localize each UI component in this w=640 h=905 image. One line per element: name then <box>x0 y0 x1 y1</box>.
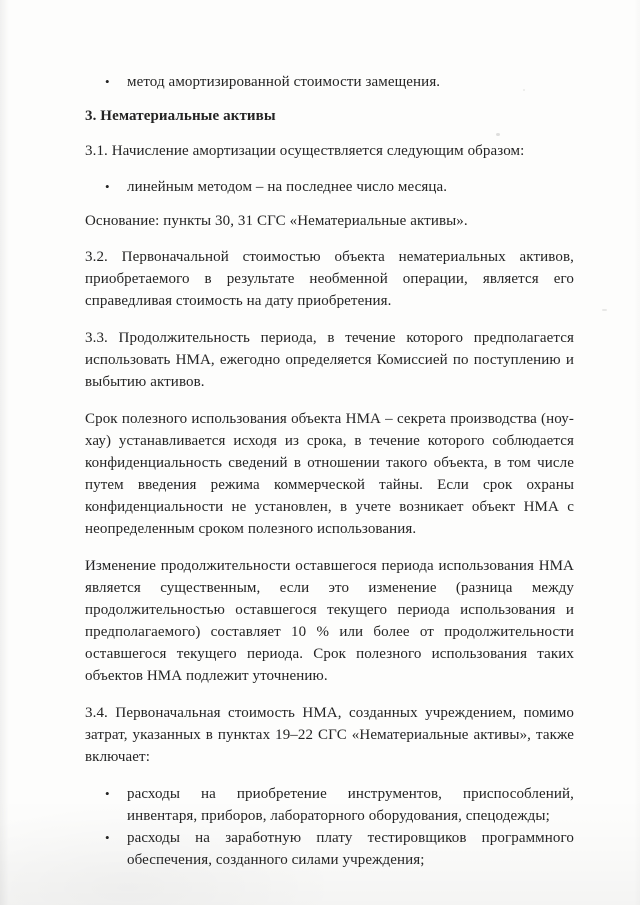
paragraph-3-4: 3.4. Первоначальная стоимость НМА, созда… <box>85 702 574 768</box>
document-content: • метод амортизированной стоимости замещ… <box>85 71 574 871</box>
bullet-icon: • <box>105 783 127 827</box>
scan-artifact <box>523 89 525 91</box>
bullet-icon: • <box>105 176 127 198</box>
list-item: • расходы на заработную плату тестировщи… <box>85 827 574 871</box>
list-item: • метод амортизированной стоимости замещ… <box>85 71 574 93</box>
list-item: • расходы на приобретение инструментов, … <box>85 783 574 827</box>
paragraph-3-1: 3.1. Начисление амортизации осуществляет… <box>85 140 574 162</box>
paragraph-3-2: 3.2. Первоначальной стоимостью объекта н… <box>85 246 574 312</box>
paragraph-3-3: 3.3. Продолжительность периода, в течени… <box>85 327 574 393</box>
paragraph-period-change: Изменение продолжительности оставшегося … <box>85 555 574 687</box>
scan-artifact <box>602 309 607 311</box>
list-item-text: метод амортизированной стоимости замещен… <box>127 71 574 93</box>
list-item-text: линейным методом – на последнее число ме… <box>127 176 574 198</box>
scan-artifact <box>496 133 500 136</box>
bullet-icon: • <box>105 827 127 871</box>
paragraph-basis: Основание: пункты 30, 31 СГС «Нематериал… <box>85 210 574 232</box>
paragraph-useful-life: Срок полезного использования объекта НМА… <box>85 408 574 540</box>
list-item: • линейным методом – на последнее число … <box>85 176 574 198</box>
list-item-text: расходы на приобретение инструментов, пр… <box>127 783 574 827</box>
document-page: • метод амортизированной стоимости замещ… <box>0 0 640 905</box>
bullet-icon: • <box>105 71 127 93</box>
list-item-text: расходы на заработную плату тестировщико… <box>127 827 574 871</box>
section-heading: 3. Нематериальные активы <box>85 105 574 127</box>
